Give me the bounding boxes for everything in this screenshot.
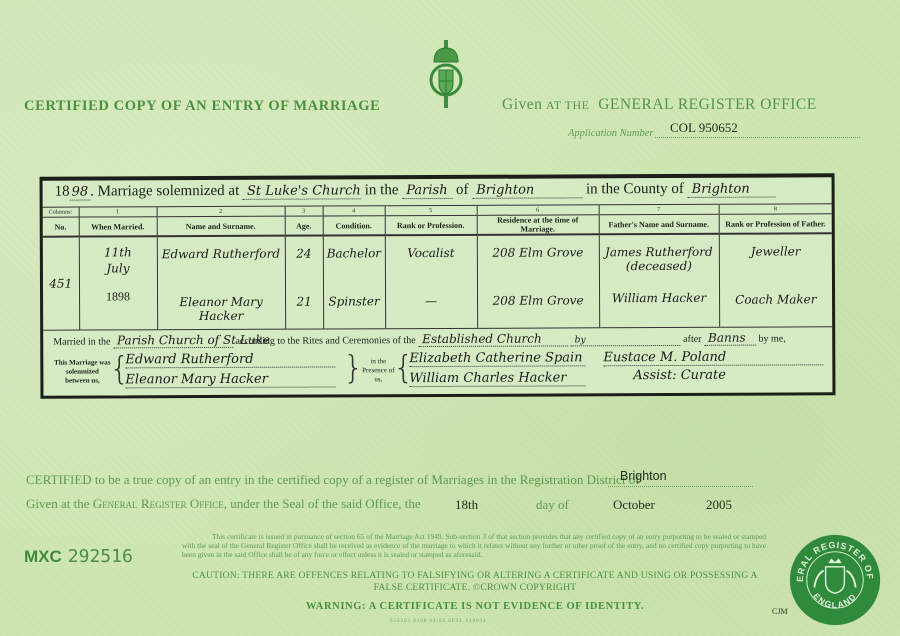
groom-father-note: (deceased) xyxy=(602,259,715,281)
bride-father-name: William Hacker xyxy=(602,281,715,305)
certificate-title: CERTIFIED COPY OF AN ENTRY OF MARRIAGE xyxy=(24,98,380,115)
signature-bride: Eleanor Mary Hacker xyxy=(125,371,335,388)
presence-label: in the Presence of us, xyxy=(361,357,395,384)
groom-father-name: James Rutherford xyxy=(602,235,715,259)
register-place: St Luke's Church xyxy=(243,183,361,200)
groom-condition: Bachelor xyxy=(326,236,381,282)
table-row: 451 11th July 1898 Edward Rutherford Ele… xyxy=(43,233,832,330)
column-number: 8 xyxy=(719,204,832,214)
application-number-underline xyxy=(655,137,860,138)
register-heading-line: 1898. Marriage solemnized at St Luke's C… xyxy=(55,181,776,201)
marriage-year: 1898 xyxy=(82,275,153,304)
bride-age: 21 xyxy=(288,283,319,329)
certification-day: 18th xyxy=(455,497,478,513)
application-number-label: Application Number xyxy=(568,128,653,139)
royal-crest-icon xyxy=(428,40,464,110)
signature-officiant: Eustace M. Poland xyxy=(603,349,823,366)
certification-year: 2005 xyxy=(706,497,732,513)
identity-warning: WARNING: A CERTIFICATE IS NOT EVIDENCE O… xyxy=(180,601,770,612)
column-number: 5 xyxy=(385,205,477,215)
groom-residence: 208 Elm Grove xyxy=(480,235,595,282)
licence-mark: by xyxy=(571,335,681,346)
column-header-age: Age. xyxy=(285,216,323,236)
certificate-serial-number: MXC292516 xyxy=(24,546,133,567)
application-number-value: COL 950652 xyxy=(670,120,738,136)
signature-witness-2: William Charles Hacker xyxy=(409,370,585,387)
column-header-father-profession: Rank or Profession of Father. xyxy=(719,214,832,234)
ceremony-line: Married in the Parish Church of St Luke … xyxy=(53,330,786,348)
column-header-when-married: When Married. xyxy=(79,217,157,237)
groom-profession: Vocalist xyxy=(388,236,473,282)
signature-groom: Edward Rutherford xyxy=(125,351,335,368)
legal-notice: This certificate is issued in pursuance … xyxy=(182,532,766,560)
column-number: 1 xyxy=(79,207,157,217)
column-number: 4 xyxy=(323,206,385,216)
after-banns: Banns xyxy=(704,331,756,346)
register-table: Columns: 1 2 3 4 5 6 7 8 No. When Marrie… xyxy=(43,203,833,330)
bride-name: Eleanor Mary Hacker xyxy=(160,283,281,330)
solemnized-between-label: This Marriage was solemnized between us, xyxy=(53,358,111,385)
register-district-type: Parish xyxy=(402,183,452,199)
column-header-residence: Residence at the time of Marriage. xyxy=(477,215,599,235)
column-number: 3 xyxy=(285,206,323,216)
bride-profession: — xyxy=(388,282,473,328)
bride-condition: Spinster xyxy=(326,282,381,328)
marriage-month: July xyxy=(82,259,153,275)
issuer-initials: CJM xyxy=(772,607,788,616)
marriage-register-entry: 1898. Marriage solemnized at St Luke's C… xyxy=(40,173,836,398)
register-county: Brighton xyxy=(688,182,776,198)
column-number: 7 xyxy=(599,204,719,215)
issuing-office-heading: Given at the GENERAL REGISTER OFFICE xyxy=(502,96,817,114)
day-of-label: day of xyxy=(536,497,569,513)
print-code: 056363 9198 04/05 SPSL 010694 xyxy=(390,619,487,624)
certification-statement: CERTIFIED to be a true copy of an entry … xyxy=(26,472,640,488)
certification-month: October xyxy=(613,497,655,513)
caution-notice: CAUTION: THERE ARE OFFENCES RELATING TO … xyxy=(185,570,765,594)
groom-father-profession: Jeweller xyxy=(722,234,829,280)
groom-age: 24 xyxy=(288,237,319,283)
column-header-no: No. xyxy=(43,217,79,237)
district-underline xyxy=(608,486,753,487)
register-parish: Brighton xyxy=(472,182,582,198)
seal-statement: Given at the General Register Office, un… xyxy=(26,496,421,512)
entry-number: 451 xyxy=(49,277,72,291)
rites-denomination: Established Church xyxy=(418,331,568,347)
register-year: 98 xyxy=(70,185,91,201)
groom-name: Edward Rutherford xyxy=(160,237,281,284)
column-number: 6 xyxy=(477,205,599,216)
column-header-father-name: Father's Name and Surname. xyxy=(599,214,719,234)
general-register-office-seal-icon: GENERAL REGISTER OFFICE ENGLAND xyxy=(788,533,882,627)
columns-label: Columns: xyxy=(43,207,79,217)
marriage-day: 11th xyxy=(82,237,153,259)
signature-witness-1: Elizabeth Catherine Spain xyxy=(409,350,585,367)
married-in-place: Parish Church of St Luke xyxy=(113,333,233,349)
bride-father-profession: Coach Maker xyxy=(722,280,829,326)
bride-residence: 208 Elm Grove xyxy=(480,281,595,328)
column-number: 2 xyxy=(157,206,285,217)
officiant-title: Assist: Curate xyxy=(633,368,726,383)
column-header-condition: Condition. xyxy=(323,216,385,236)
registration-district: Brighton xyxy=(620,469,667,483)
column-header-profession: Rank or Profession. xyxy=(385,215,477,235)
column-header-name: Name and Surname. xyxy=(157,216,285,236)
